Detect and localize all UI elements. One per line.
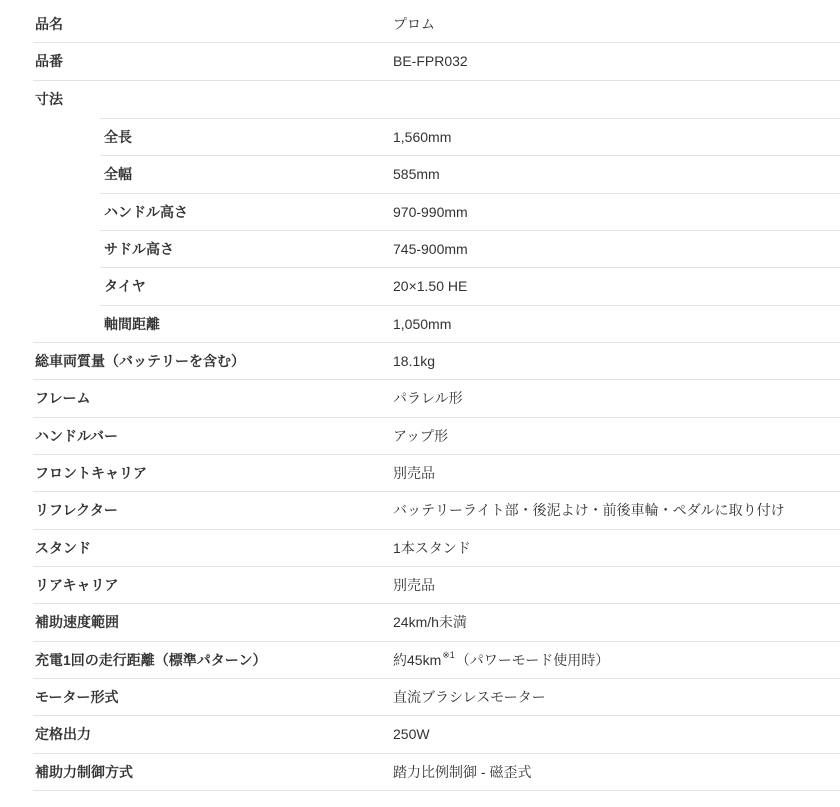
spec-row-label: ハンドルバー bbox=[33, 427, 393, 445]
spec-row-value: 1,050mm bbox=[393, 315, 840, 333]
spec-subrow: ハンドル高さ970-990mm bbox=[100, 193, 840, 230]
spec-row-label: 品番 bbox=[33, 52, 393, 70]
spec-subrow: 全幅585mm bbox=[100, 155, 840, 192]
spec-row-label: サドル高さ bbox=[100, 240, 393, 258]
spec-row-label: 総車両質量（バッテリーを含む） bbox=[33, 352, 393, 370]
spec-subrow: 全長1,560mm bbox=[100, 118, 840, 155]
spec-row: フロントキャリア別売品 bbox=[33, 455, 840, 492]
spec-row-label: 充電1回の走行距離（標準パターン） bbox=[33, 651, 393, 669]
dimension-subrows: 全長1,560mm全幅585mmハンドル高さ970-990mmサドル高さ745-… bbox=[100, 81, 840, 342]
spec-row-label: 全幅 bbox=[100, 165, 393, 183]
spec-row: リフレクターバッテリーライト部・後泥よけ・前後車輪・ペダルに取り付け bbox=[33, 492, 840, 529]
spec-row-value: 踏力比例制御 - 磁歪式 bbox=[393, 763, 840, 781]
spec-row: フレームパラレル形 bbox=[33, 380, 840, 417]
spec-row-value: 約45km※1（パワーモード使用時） bbox=[393, 651, 840, 669]
spec-row: 総車両質量（バッテリーを含む）18.1kg bbox=[33, 343, 840, 380]
spec-row: 充電1回の走行距離（標準パターン）約45km※1（パワーモード使用時） bbox=[33, 642, 840, 679]
spec-row-value: プロム bbox=[393, 15, 840, 33]
spec-row-label: フレーム bbox=[33, 389, 393, 407]
spec-row-value: 直流ブラシレスモーター bbox=[393, 688, 840, 706]
spec-row-label: フロントキャリア bbox=[33, 464, 393, 482]
spec-row-label: 寸法 bbox=[33, 81, 100, 118]
spec-row-value: 別売品 bbox=[393, 576, 840, 594]
spec-row-label: 全長 bbox=[100, 128, 393, 146]
spec-row: モーター形式直流ブラシレスモーター bbox=[33, 679, 840, 716]
spec-row-value: 別売品 bbox=[393, 464, 840, 482]
spec-subrow: サドル高さ745-900mm bbox=[100, 230, 840, 267]
spec-row-value: 18.1kg bbox=[393, 352, 840, 370]
spec-row: 補助力制御方式踏力比例制御 - 磁歪式 bbox=[33, 754, 840, 791]
spec-row-label: 補助力制御方式 bbox=[33, 763, 393, 781]
spec-row-value: 970-990mm bbox=[393, 203, 840, 221]
spec-subrow: 軸間距離1,050mm bbox=[100, 305, 840, 342]
spec-row-value: パラレル形 bbox=[393, 389, 840, 407]
spec-row-value: 24km/h未満 bbox=[393, 613, 840, 631]
spec-row-label: モーター形式 bbox=[33, 688, 393, 706]
spec-row-label: リアキャリア bbox=[33, 576, 393, 594]
spec-row-label: スタンド bbox=[33, 539, 393, 557]
spec-row-value: 745-900mm bbox=[393, 240, 840, 258]
dimension-header-spacer bbox=[100, 81, 840, 118]
spec-row: 品名プロム bbox=[33, 6, 840, 43]
spec-value-text: 約45km bbox=[393, 652, 441, 668]
spec-row-label: 定格出力 bbox=[33, 725, 393, 743]
spec-row-label: タイヤ bbox=[100, 277, 393, 295]
spec-row-label: 軸間距離 bbox=[100, 315, 393, 333]
spec-row-label: 補助速度範囲 bbox=[33, 613, 393, 631]
spec-group-row: 寸法全長1,560mm全幅585mmハンドル高さ970-990mmサドル高さ74… bbox=[33, 81, 840, 343]
spec-table: 品名プロム品番BE-FPR032寸法全長1,560mm全幅585mmハンドル高さ… bbox=[33, 6, 840, 791]
spec-row: スタンド1本スタンド bbox=[33, 530, 840, 567]
spec-row-value: 1,560mm bbox=[393, 128, 840, 146]
spec-row-value: 1本スタンド bbox=[393, 539, 840, 557]
footnote-marker: ※1 bbox=[442, 650, 455, 660]
spec-row-label: ハンドル高さ bbox=[100, 203, 393, 221]
spec-row-value: BE-FPR032 bbox=[393, 52, 840, 70]
spec-row-label: リフレクター bbox=[33, 501, 393, 519]
spec-row-label: 品名 bbox=[33, 15, 393, 33]
spec-value-suffix: （パワーモード使用時） bbox=[456, 652, 609, 668]
spec-row: ハンドルバーアップ形 bbox=[33, 418, 840, 455]
spec-row: 補助速度範囲24km/h未満 bbox=[33, 604, 840, 641]
spec-row-value: アップ形 bbox=[393, 427, 840, 445]
spec-row-value: 250W bbox=[393, 725, 840, 743]
spec-row-value: 20×1.50 HE bbox=[393, 277, 840, 295]
spec-subrow: タイヤ20×1.50 HE bbox=[100, 267, 840, 304]
spec-row: 品番BE-FPR032 bbox=[33, 43, 840, 80]
spec-row: リアキャリア別売品 bbox=[33, 567, 840, 604]
spec-row-value: バッテリーライト部・後泥よけ・前後車輪・ペダルに取り付け bbox=[393, 501, 840, 519]
spec-row: 定格出力250W bbox=[33, 716, 840, 753]
spec-row-value: 585mm bbox=[393, 165, 840, 183]
